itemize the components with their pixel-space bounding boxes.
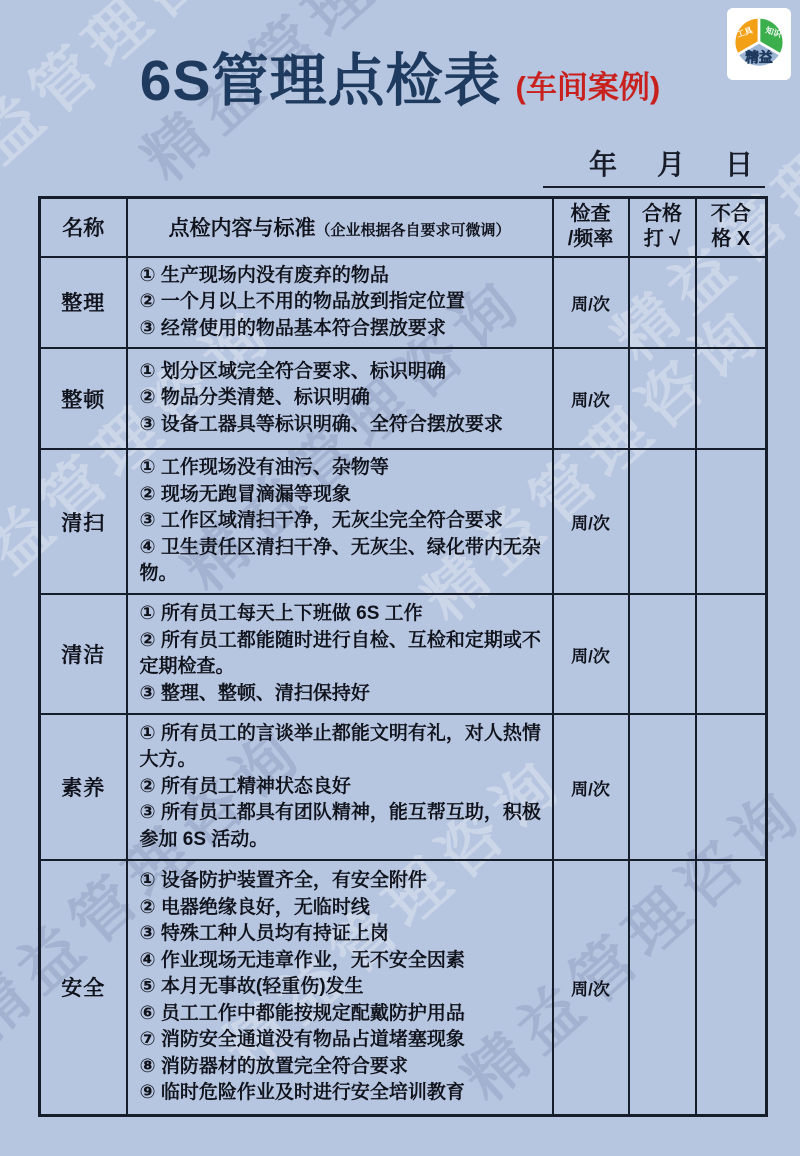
table-header-row: 名称 点检内容与标准（企业根据各自要求可微调） 检查 /频率 合格 打 √ 不合 — [40, 198, 767, 257]
document-page: 精益管理咨询 精益管理咨询 精益管理咨询 精益管理咨询 精益管理咨询 精益管理咨… — [0, 0, 800, 1156]
header-frequency-line1: 检查 — [554, 202, 628, 227]
date-line: 年 月 日 — [543, 148, 765, 188]
check-item: ① 工作现场没有油污、杂物等 — [140, 455, 544, 482]
pass-cell[interactable] — [629, 714, 696, 860]
row-items: ① 所有员工每天上下班做 6S 工作② 所有员工都能随时进行自检、互检和定期或不… — [127, 594, 553, 714]
check-item: ⑤ 本月无事故(轻重伤)发生 — [140, 974, 544, 1001]
pass-cell[interactable] — [629, 257, 696, 349]
pass-cell[interactable] — [629, 594, 696, 714]
row-name: 素养 — [40, 714, 127, 860]
page-title-suffix: (车间案例) — [516, 62, 661, 112]
row-frequency: 周/次 — [553, 449, 629, 594]
fail-cell[interactable] — [696, 594, 767, 714]
check-item: ② 现场无跑冒滴漏等现象 — [140, 482, 544, 509]
fail-cell[interactable] — [696, 714, 767, 860]
row-name: 清扫 — [40, 449, 127, 594]
header-content-note: （企业根据各自要求可微调） — [315, 222, 510, 239]
table-row: 整理 ① 生产现场内没有废弃的物品② 一个月以上不用的物品放到指定位置③ 经常使… — [40, 257, 767, 349]
row-frequency: 周/次 — [553, 594, 629, 714]
check-item: ③ 特殊工种人员均有持证上岗 — [140, 921, 544, 948]
date-year-label[interactable]: 年 — [589, 143, 617, 183]
pass-cell[interactable] — [629, 449, 696, 594]
check-item: ② 电器绝缘良好，无临时线 — [140, 895, 544, 922]
watermark-text: 精益管理咨询 — [0, 0, 281, 228]
header-frequency-line2: /频率 — [554, 227, 628, 252]
pass-cell[interactable] — [629, 860, 696, 1115]
row-name: 清洁 — [40, 594, 127, 714]
check-item: ② 一个月以上不用的物品放到指定位置 — [140, 289, 544, 316]
header-pass-line1: 合格 — [630, 202, 695, 227]
check-item: ⑦ 消防安全通道没有物品占道堵塞现象 — [140, 1027, 544, 1054]
row-name: 安全 — [40, 860, 127, 1115]
date-month-label[interactable]: 月 — [657, 143, 685, 183]
pass-cell[interactable] — [629, 348, 696, 449]
fail-cell[interactable] — [696, 449, 767, 594]
page-title-row: 6S管理点检表 (车间案例) — [0, 52, 800, 112]
check-item: ② 所有员工精神状态良好 — [140, 774, 544, 801]
row-name: 整顿 — [40, 348, 127, 449]
header-pass: 合格 打 √ — [629, 198, 696, 257]
check-item: ⑥ 员工工作中都能按规定配戴防护用品 — [140, 1001, 544, 1028]
check-item: ③ 工作区域清扫干净，无灰尘完全符合要求 — [140, 508, 544, 535]
header-fail: 不合 格 X — [696, 198, 767, 257]
row-items: ① 划分区域完全符合要求、标识明确② 物品分类清楚、标识明确③ 设备工器具等标识… — [127, 348, 553, 449]
header-fail-line2: 格 X — [697, 227, 766, 252]
header-content-main: 点检内容与标准 — [168, 217, 315, 240]
check-item: ④ 作业现场无违章作业，无不安全因素 — [140, 948, 544, 975]
check-item: ① 生产现场内没有废弃的物品 — [140, 263, 544, 290]
row-name: 整理 — [40, 257, 127, 349]
row-items: ① 生产现场内没有废弃的物品② 一个月以上不用的物品放到指定位置③ 经常使用的物… — [127, 257, 553, 349]
table-row: 清扫 ① 工作现场没有油污、杂物等② 现场无跑冒滴漏等现象③ 工作区域清扫干净，… — [40, 449, 767, 594]
check-item: ④ 卫生责任区清扫干净、无灰尘、绿化带内无杂物。 — [140, 535, 544, 588]
check-item: ⑧ 消防器材的放置完全符合要求 — [140, 1054, 544, 1081]
header-pass-line2: 打 √ — [630, 227, 695, 252]
check-item: ② 物品分类清楚、标识明确 — [140, 385, 544, 412]
page-title: 6S管理点检表 — [140, 52, 502, 112]
date-day-label[interactable]: 日 — [725, 143, 753, 183]
header-fail-line1: 不合 — [697, 202, 766, 227]
check-item: ① 所有员工的言谈举止都能文明有礼，对人热情大方。 — [140, 721, 544, 774]
fail-cell[interactable] — [696, 257, 767, 349]
check-item: ③ 设备工器具等标识明确、全符合摆放要求 — [140, 412, 544, 439]
table-body: 整理 ① 生产现场内没有废弃的物品② 一个月以上不用的物品放到指定位置③ 经常使… — [40, 257, 767, 1116]
row-frequency: 周/次 — [553, 348, 629, 449]
check-item: ① 所有员工每天上下班做 6S 工作 — [140, 601, 544, 628]
row-frequency: 周/次 — [553, 714, 629, 860]
table-row: 素养 ① 所有员工的言谈举止都能文明有礼，对人热情大方。② 所有员工精神状态良好… — [40, 714, 767, 860]
row-items: ① 所有员工的言谈举止都能文明有礼，对人热情大方。② 所有员工精神状态良好③ 所… — [127, 714, 553, 860]
check-item: ③ 所有员工都具有团队精神，能互帮互助，积极参加 6S 活动。 — [140, 800, 544, 853]
row-items: ① 设备防护装置齐全，有安全附件② 电器绝缘良好，无临时线③ 特殊工种人员均有持… — [127, 860, 553, 1115]
check-item: ⑨ 临时危险作业及时进行安全培训教育 — [140, 1080, 544, 1107]
checklist-table: 名称 点检内容与标准（企业根据各自要求可微调） 检查 /频率 合格 打 √ 不合 — [38, 196, 768, 1117]
row-items: ① 工作现场没有油污、杂物等② 现场无跑冒滴漏等现象③ 工作区域清扫干净，无灰尘… — [127, 449, 553, 594]
check-item: ③ 整理、整顿、清扫保持好 — [140, 681, 544, 708]
check-item: ① 设备防护装置齐全，有安全附件 — [140, 868, 544, 895]
table-row: 安全 ① 设备防护装置齐全，有安全附件② 电器绝缘良好，无临时线③ 特殊工种人员… — [40, 860, 767, 1115]
check-item: ① 划分区域完全符合要求、标识明确 — [140, 359, 544, 386]
row-frequency: 周/次 — [553, 860, 629, 1115]
header-name: 名称 — [40, 198, 127, 257]
row-frequency: 周/次 — [553, 257, 629, 349]
fail-cell[interactable] — [696, 348, 767, 449]
check-item: ② 所有员工都能随时进行自检、互检和定期或不定期检查。 — [140, 628, 544, 681]
table-row: 清洁 ① 所有员工每天上下班做 6S 工作② 所有员工都能随时进行自检、互检和定… — [40, 594, 767, 714]
header-frequency: 检查 /频率 — [553, 198, 629, 257]
check-item: ③ 经常使用的物品基本符合摆放要求 — [140, 316, 544, 343]
fail-cell[interactable] — [696, 860, 767, 1115]
header-content: 点检内容与标准（企业根据各自要求可微调） — [127, 198, 553, 257]
table-row: 整顿 ① 划分区域完全符合要求、标识明确② 物品分类清楚、标识明确③ 设备工器具… — [40, 348, 767, 449]
